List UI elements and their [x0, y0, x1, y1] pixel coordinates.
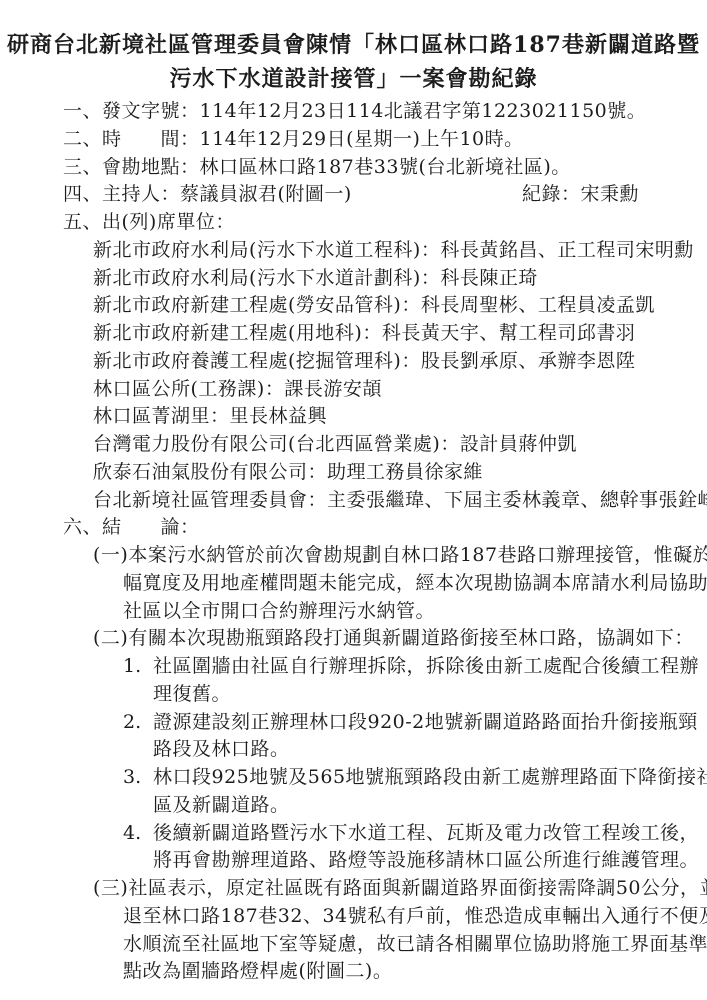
- line-text: 新北市政府新建工程處(用地科)：科長黃天宇、幫工程司邱書羽: [93, 322, 635, 344]
- document-line: 四、主持人：蔡議員淑君(附圖一)紀錄：宋秉勳: [0, 181, 707, 209]
- document-line: 退至林口路187巷32、34號私有戶前，惟恐造成車輛出入通行不便及雨: [0, 903, 707, 931]
- document-line: 林口區菁湖里：里長林益興: [0, 403, 707, 431]
- document-line: 新北市政府養護工程處(挖掘管理科)：股長劉承原、承辦李恩陞: [0, 348, 707, 376]
- document-line: 新北市政府水利局(污水下水道工程科)：科長黃銘昌、正工程司宋明勳: [0, 237, 707, 265]
- title-line-2: 污水下水道設計接管」一案會勘紀錄: [0, 62, 707, 96]
- document-line: 點改為圍牆路燈桿處(附圖二)。: [0, 958, 707, 986]
- document-line: 三、會勘地點：林口區林口路187巷33號(台北新境社區)。: [0, 154, 707, 182]
- line-text: 證源建設刻正辦理林口段920-2地號新闢道路路面抬升銜接瓶頸: [153, 711, 698, 733]
- list-number: 4.: [123, 820, 153, 848]
- line-text: (一)本案污水納管於前次會勘規劃自林口路187巷路口辦理接管，惟礙於路: [93, 544, 707, 566]
- list-number: 1.: [123, 653, 153, 681]
- document-line: 一、發文字號：114年12月23日114北議君字第1223021150號。: [0, 98, 707, 126]
- document-line: 台北新境社區管理委員會：主委張繼瑋、下屆主委林義章、總幹事張銓峰: [0, 487, 707, 515]
- document-line: 六、結 論：: [0, 514, 707, 542]
- line-text: 林口段925地號及565地號瓶頸路段由新工處辦理路面下降銜接社: [153, 766, 707, 788]
- line-text: 將再會勘辦理道路、路燈等設施移請林口區公所進行維護管理。: [153, 849, 699, 871]
- record-keeper-note: 紀錄：宋秉勳: [522, 181, 639, 209]
- document-line: 2.證源建設刻正辦理林口段920-2地號新闢道路路面抬升銜接瓶頸: [0, 709, 707, 737]
- line-text: 新北市政府水利局(污水下水道工程科)：科長黃銘昌、正工程司宋明勳: [93, 239, 694, 261]
- line-text: 台北新境社區管理委員會：主委張繼瑋、下屆主委林義章、總幹事張銓峰: [93, 489, 707, 511]
- line-text: 一、發文字號：114年12月23日114北議君字第1223021150號。: [63, 100, 646, 122]
- document-line: 台灣電力股份有限公司(台北西區營業處)：設計員蔣仲凱: [0, 431, 707, 459]
- document-line: 幅寬度及用地產權問題未能完成，經本次現勘協調本席請水利局協助: [0, 570, 707, 598]
- document-page: 研商台北新境社區管理委員會陳情「林口區林口路187巷新闢道路暨 污水下水道設計接…: [0, 0, 707, 1000]
- line-text: 台灣電力股份有限公司(台北西區營業處)：設計員蔣仲凱: [93, 433, 577, 455]
- document-line: 五、出(列)席單位：: [0, 209, 707, 237]
- document-line: (二)有關本次現勘瓶頸路段打通與新闢道路銜接至林口路，協調如下：: [0, 625, 707, 653]
- line-text: 水順流至社區地下室等疑慮，故已請各相關單位協助將施工界面基準: [123, 933, 707, 955]
- list-number: 3.: [123, 764, 153, 792]
- line-text: 後續新闢道路暨污水下水道工程、瓦斯及電力改管工程竣工後，: [153, 822, 699, 844]
- document-line: 路段及林口路。: [0, 736, 707, 764]
- document-line: (一)本案污水納管於前次會勘規劃自林口路187巷路口辦理接管，惟礙於路: [0, 542, 707, 570]
- line-text: 欣泰石油氣股份有限公司：助理工務員徐家維: [93, 461, 483, 483]
- line-text: 二、時 間：114年12月29日(星期一)上午10時。: [63, 128, 524, 150]
- document-line: 水順流至社區地下室等疑慮，故已請各相關單位協助將施工界面基準: [0, 931, 707, 959]
- line-text: (三)社區表示，原定社區既有路面與新闢道路界面銜接需降調50公分，並: [93, 877, 707, 899]
- document-line: 欣泰石油氣股份有限公司：助理工務員徐家維: [0, 459, 707, 487]
- document-body: 一、發文字號：114年12月23日114北議君字第1223021150號。二、時…: [0, 98, 707, 986]
- document-line: 區及新闢道路。: [0, 792, 707, 820]
- line-text: 新北市政府養護工程處(挖掘管理科)：股長劉承原、承辦李恩陞: [93, 350, 635, 372]
- document-line: 二、時 間：114年12月29日(星期一)上午10時。: [0, 126, 707, 154]
- line-text: 五、出(列)席單位：: [63, 211, 235, 233]
- line-text: 幅寬度及用地產權問題未能完成，經本次現勘協調本席請水利局協助: [123, 572, 707, 594]
- document-line: 新北市政府新建工程處(用地科)：科長黃天宇、幫工程司邱書羽: [0, 320, 707, 348]
- line-text: 點改為圍牆路燈桿處(附圖二)。: [123, 960, 392, 982]
- document-line: 將再會勘辦理道路、路燈等設施移請林口區公所進行維護管理。: [0, 847, 707, 875]
- document-line: 林口區公所(工務課)：課長游安頡: [0, 376, 707, 404]
- line-text: 四、主持人：蔡議員淑君(附圖一): [63, 183, 352, 205]
- list-number: 2.: [123, 709, 153, 737]
- document-title: 研商台北新境社區管理委員會陳情「林口區林口路187巷新闢道路暨 污水下水道設計接…: [0, 28, 707, 96]
- document-line: (三)社區表示，原定社區既有路面與新闢道路界面銜接需降調50公分，並: [0, 875, 707, 903]
- line-text: 新北市政府水利局(污水下水道計劃科)：科長陳正琦: [93, 267, 538, 289]
- line-text: 退至林口路187巷32、34號私有戶前，惟恐造成車輛出入通行不便及雨: [123, 905, 707, 927]
- line-text: 理復舊。: [153, 683, 231, 705]
- line-text: 社區以全市開口合約辦理污水納管。: [123, 600, 435, 622]
- document-line: 4.後續新闢道路暨污水下水道工程、瓦斯及電力改管工程竣工後，: [0, 820, 707, 848]
- line-text: 新北市政府新建工程處(勞安品管科)：科長周聖彬、工程員凌孟凱: [93, 294, 655, 316]
- document-line: 新北市政府水利局(污水下水道計劃科)：科長陳正琦: [0, 265, 707, 293]
- line-text: 路段及林口路。: [153, 738, 290, 760]
- line-text: 六、結 論：: [63, 516, 200, 538]
- document-line: 理復舊。: [0, 681, 707, 709]
- line-text: 區及新闢道路。: [153, 794, 290, 816]
- document-line: 1.社區圍牆由社區自行辦理拆除，拆除後由新工處配合後續工程辦: [0, 653, 707, 681]
- line-text: 林口區公所(工務課)：課長游安頡: [93, 378, 382, 400]
- document-line: 3.林口段925地號及565地號瓶頸路段由新工處辦理路面下降銜接社: [0, 764, 707, 792]
- document-line: 社區以全市開口合約辦理污水納管。: [0, 598, 707, 626]
- line-text: 林口區菁湖里：里長林益興: [93, 405, 327, 427]
- line-text: 社區圍牆由社區自行辦理拆除，拆除後由新工處配合後續工程辦: [153, 655, 699, 677]
- line-text: 三、會勘地點：林口區林口路187巷33號(台北新境社區)。: [63, 156, 571, 178]
- title-line-1: 研商台北新境社區管理委員會陳情「林口區林口路187巷新闢道路暨: [0, 28, 707, 62]
- document-line: 新北市政府新建工程處(勞安品管科)：科長周聖彬、工程員凌孟凱: [0, 292, 707, 320]
- line-text: (二)有關本次現勘瓶頸路段打通與新闢道路銜接至林口路，協調如下：: [93, 627, 694, 649]
